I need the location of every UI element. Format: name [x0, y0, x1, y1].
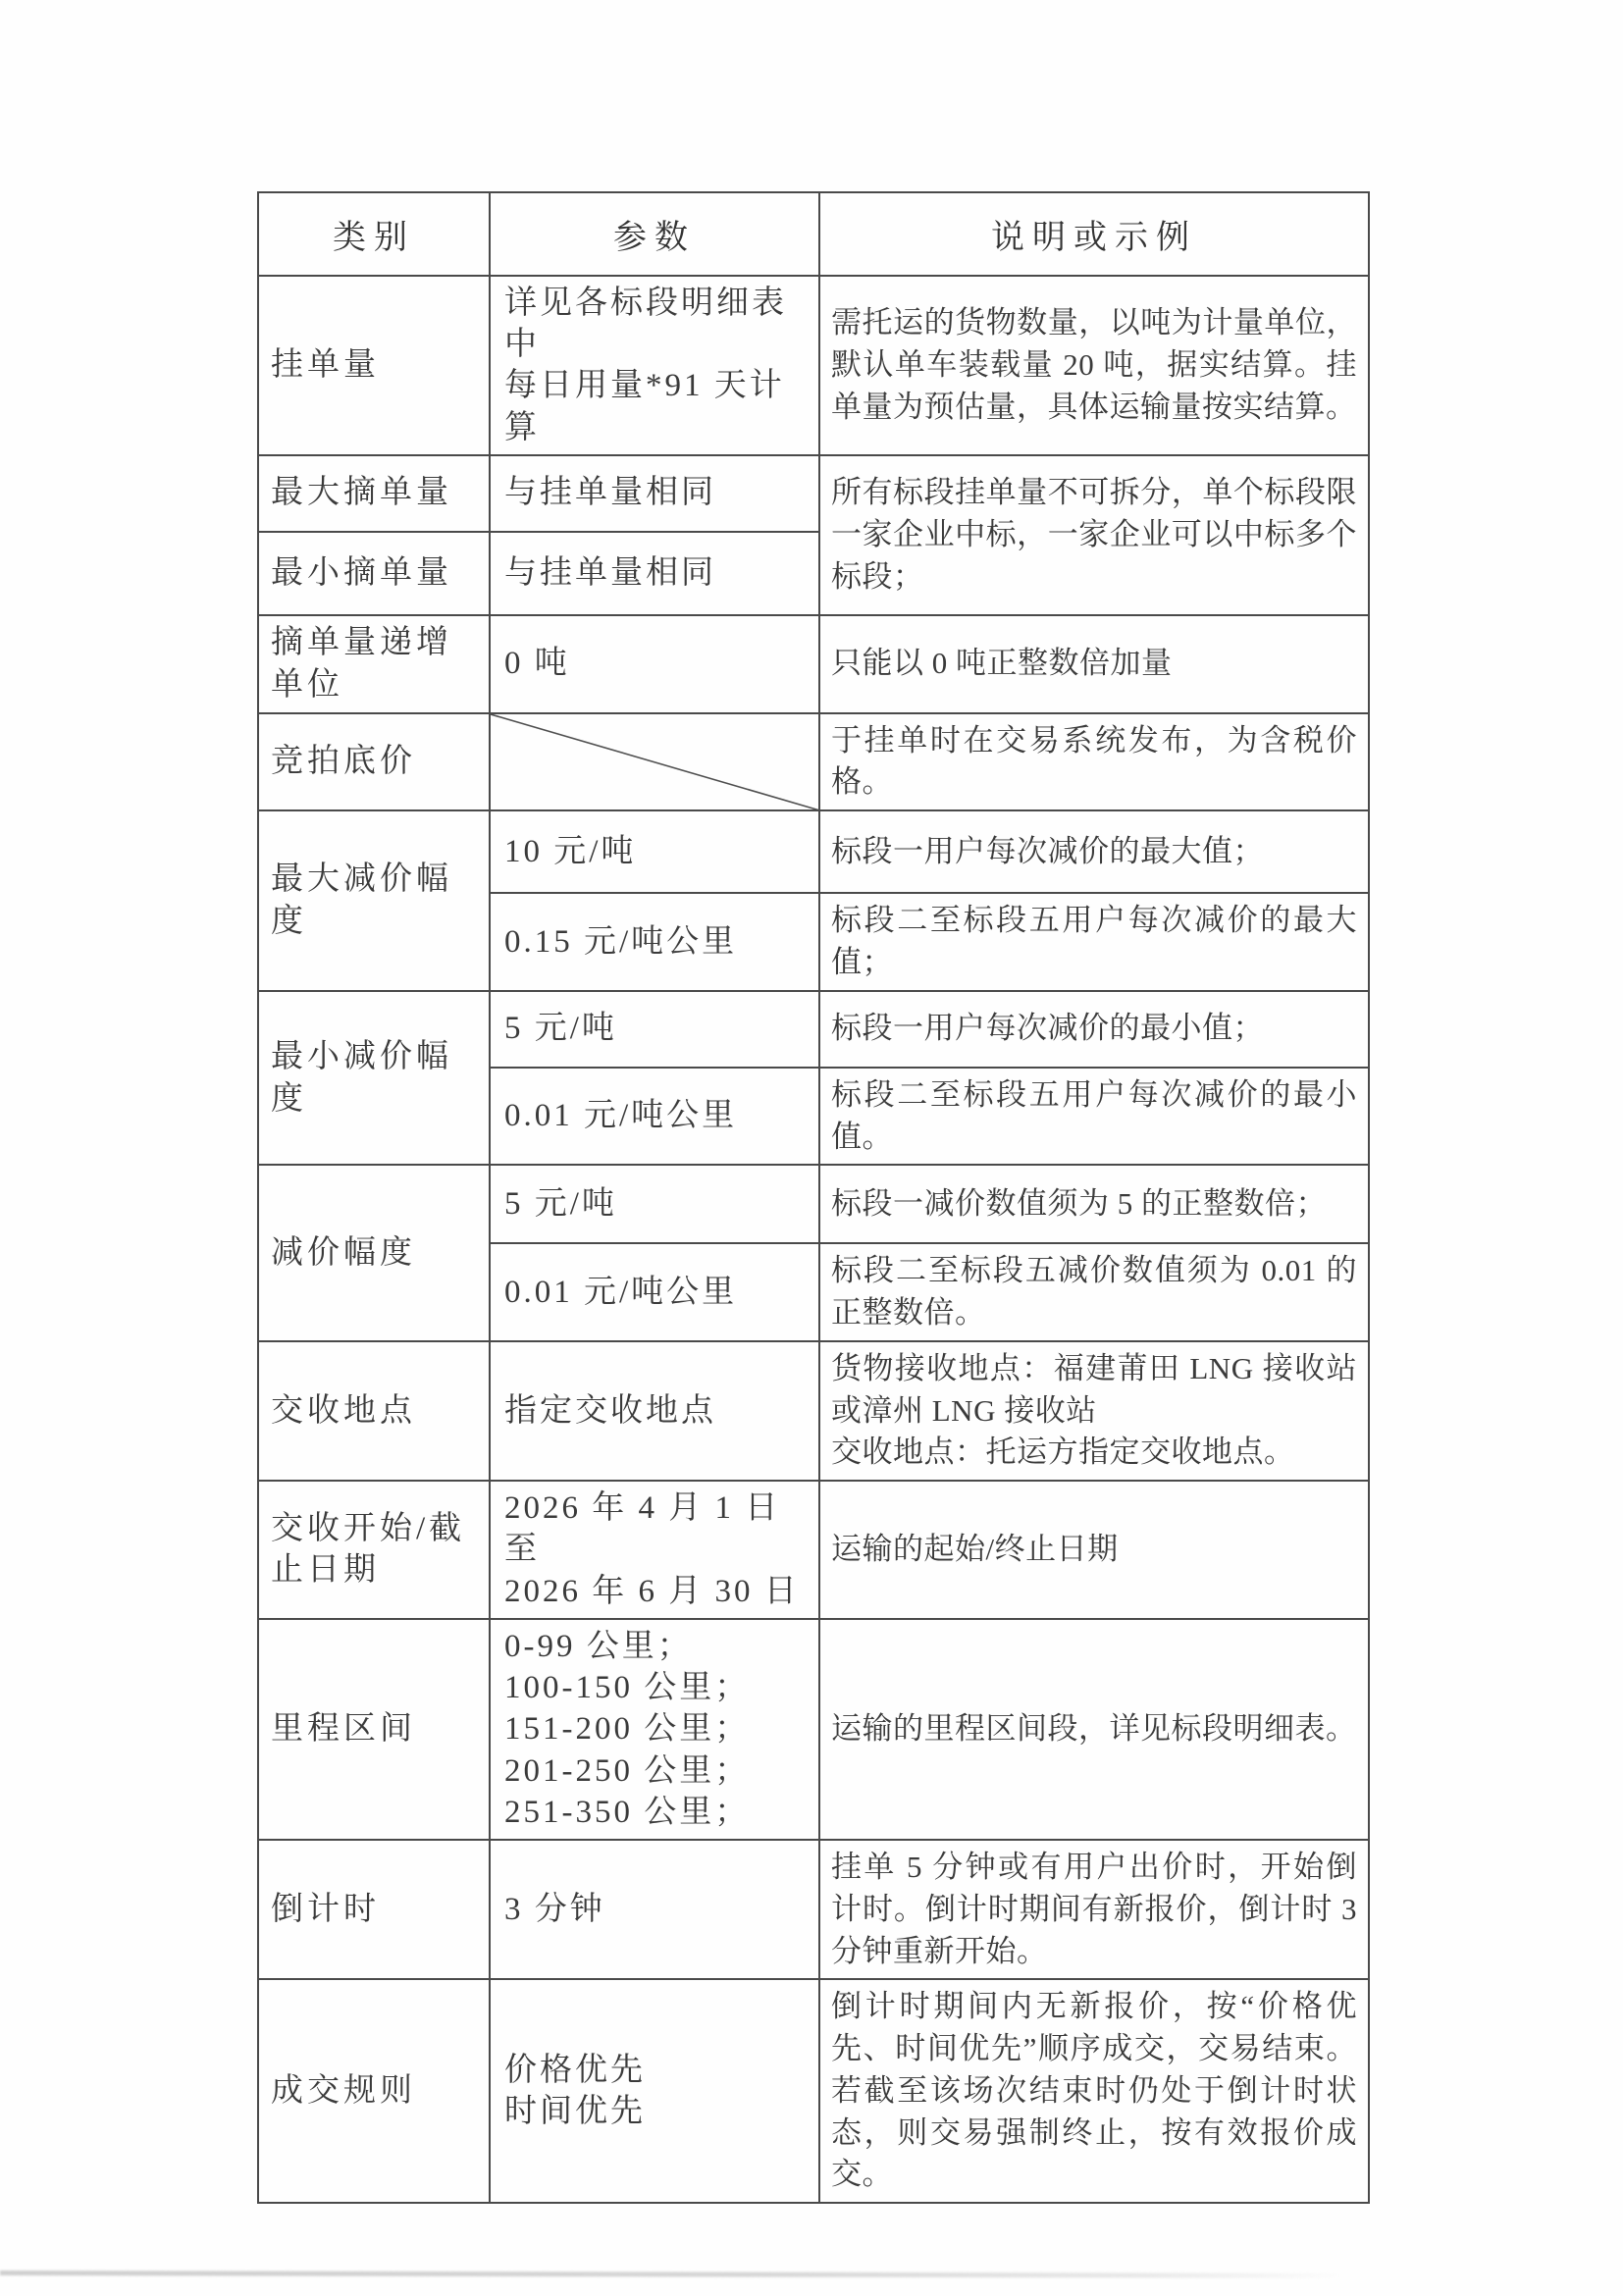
row-listing-quantity: 挂单量 详见各标段明细表中每日用量*91 天计算 需托运的货物数量，以吨为计量单… [258, 276, 1369, 455]
row-deal-rule: 成交规则 价格优先时间优先 倒计时期间内无新报价，按“价格优先、时间优先”顺序成… [258, 1979, 1369, 2203]
min-cut-label: 最小减价幅度 [258, 991, 490, 1166]
row-countdown: 倒计时 3 分钟 挂单 5 分钟或有用户出价时，开始倒计时。倒计时期间有新报价，… [258, 1840, 1369, 1979]
row-max-cut-1: 最大减价幅度 10 元/吨 标段一用户每次减价的最大值； [258, 810, 1369, 893]
countdown-desc: 挂单 5 分钟或有用户出价时，开始倒计时。倒计时期间有新报价，倒计时 3 分钟重… [819, 1840, 1369, 1979]
cut-step-desc-1: 标段一减价数值须为 5 的正整数倍； [819, 1165, 1369, 1243]
diagonal-slash-icon [491, 714, 818, 810]
max-cut-param-1: 10 元/吨 [490, 810, 819, 893]
row-min-cut-1: 最小减价幅度 5 元/吨 标段一用户每次减价的最小值； [258, 991, 1369, 1068]
deal-rule-param: 价格优先时间优先 [490, 1979, 819, 2203]
countdown-label: 倒计时 [258, 1840, 490, 1979]
increment-unit-label: 摘单量递增单位 [258, 615, 490, 713]
increment-unit-param: 0 吨 [490, 615, 819, 713]
delivery-dates-label: 交收开始/截止日期 [258, 1481, 490, 1619]
min-cut-param-2: 0.01 元/吨公里 [490, 1068, 819, 1166]
row-delivery-place: 交收地点 指定交收地点 货物接收地点：福建莆田 LNG 接收站或漳州 LNG 接… [258, 1341, 1369, 1481]
cut-step-label: 减价幅度 [258, 1165, 490, 1341]
mileage-range-desc: 运输的里程区间段，详见标段明细表。 [819, 1619, 1369, 1840]
listing-quantity-desc: 需托运的货物数量，以吨为计量单位，默认单车装载量 20 吨，据实结算。挂单量为预… [819, 276, 1369, 455]
table-header-row: 类别 参数 说明或示例 [258, 192, 1369, 276]
max-cut-label: 最大减价幅度 [258, 810, 490, 991]
delivery-dates-param: 2026 年 4 月 1 日至2026 年 6 月 30 日 [490, 1481, 819, 1619]
max-cut-desc-2: 标段二至标段五用户每次减价的最大值； [819, 893, 1369, 991]
row-cut-step-1: 减价幅度 5 元/吨 标段一减价数值须为 5 的正整数倍； [258, 1165, 1369, 1243]
max-pick-label: 最大摘单量 [258, 455, 490, 532]
cut-step-param-2: 0.01 元/吨公里 [490, 1243, 819, 1341]
header-param: 参数 [490, 192, 819, 276]
deal-rule-desc: 倒计时期间内无新报价，按“价格优先、时间优先”顺序成交，交易结束。若截至该场次结… [819, 1979, 1369, 2203]
floor-price-label: 竞拍底价 [258, 713, 490, 811]
delivery-place-param: 指定交收地点 [490, 1341, 819, 1481]
row-increment-unit: 摘单量递增单位 0 吨 只能以 0 吨正整数倍加量 [258, 615, 1369, 713]
listing-quantity-param: 详见各标段明细表中每日用量*91 天计算 [490, 276, 819, 455]
countdown-param: 3 分钟 [490, 1840, 819, 1979]
document-page: 类别 参数 说明或示例 挂单量 详见各标段明细表中每日用量*91 天计算 需托运… [0, 0, 1623, 2296]
diagonal-slash-cell [490, 713, 819, 811]
mileage-range-param: 0-99 公里；100-150 公里；151-200 公里；201-250 公里… [490, 1619, 819, 1840]
delivery-place-desc: 货物接收地点：福建莆田 LNG 接收站或漳州 LNG 接收站交收地点：托运方指定… [819, 1341, 1369, 1481]
parameters-table: 类别 参数 说明或示例 挂单量 详见各标段明细表中每日用量*91 天计算 需托运… [257, 191, 1370, 2204]
min-pick-label: 最小摘单量 [258, 532, 490, 615]
header-category: 类别 [258, 192, 490, 276]
cut-step-param-1: 5 元/吨 [490, 1165, 819, 1243]
min-cut-desc-1: 标段一用户每次减价的最小值； [819, 991, 1369, 1068]
max-cut-param-2: 0.15 元/吨公里 [490, 893, 819, 991]
min-cut-param-1: 5 元/吨 [490, 991, 819, 1068]
deal-rule-label: 成交规则 [258, 1979, 490, 2203]
delivery-dates-desc: 运输的起始/终止日期 [819, 1481, 1369, 1619]
increment-unit-desc: 只能以 0 吨正整数倍加量 [819, 615, 1369, 713]
delivery-place-label: 交收地点 [258, 1341, 490, 1481]
floor-price-desc: 于挂单时在交易系统发布，为含税价格。 [819, 713, 1369, 811]
row-mileage-range: 里程区间 0-99 公里；100-150 公里；151-200 公里；201-2… [258, 1619, 1369, 1840]
mileage-range-label: 里程区间 [258, 1619, 490, 1840]
listing-quantity-label: 挂单量 [258, 276, 490, 455]
min-pick-param: 与挂单量相同 [490, 532, 819, 615]
header-desc: 说明或示例 [819, 192, 1369, 276]
cut-step-desc-2: 标段二至标段五减价数值须为 0.01 的正整数倍。 [819, 1243, 1369, 1341]
scan-page-edge [0, 2270, 1344, 2278]
pick-quantity-shared-desc: 所有标段挂单量不可拆分，单个标段限一家企业中标，一家企业可以中标多个标段； [819, 455, 1369, 615]
max-cut-desc-1: 标段一用户每次减价的最大值； [819, 810, 1369, 893]
row-delivery-dates: 交收开始/截止日期 2026 年 4 月 1 日至2026 年 6 月 30 日… [258, 1481, 1369, 1619]
row-max-pick-quantity: 最大摘单量 与挂单量相同 所有标段挂单量不可拆分，单个标段限一家企业中标，一家企… [258, 455, 1369, 532]
min-cut-desc-2: 标段二至标段五用户每次减价的最小值。 [819, 1068, 1369, 1166]
max-pick-param: 与挂单量相同 [490, 455, 819, 532]
row-floor-price: 竞拍底价 于挂单时在交易系统发布，为含税价格。 [258, 713, 1369, 811]
